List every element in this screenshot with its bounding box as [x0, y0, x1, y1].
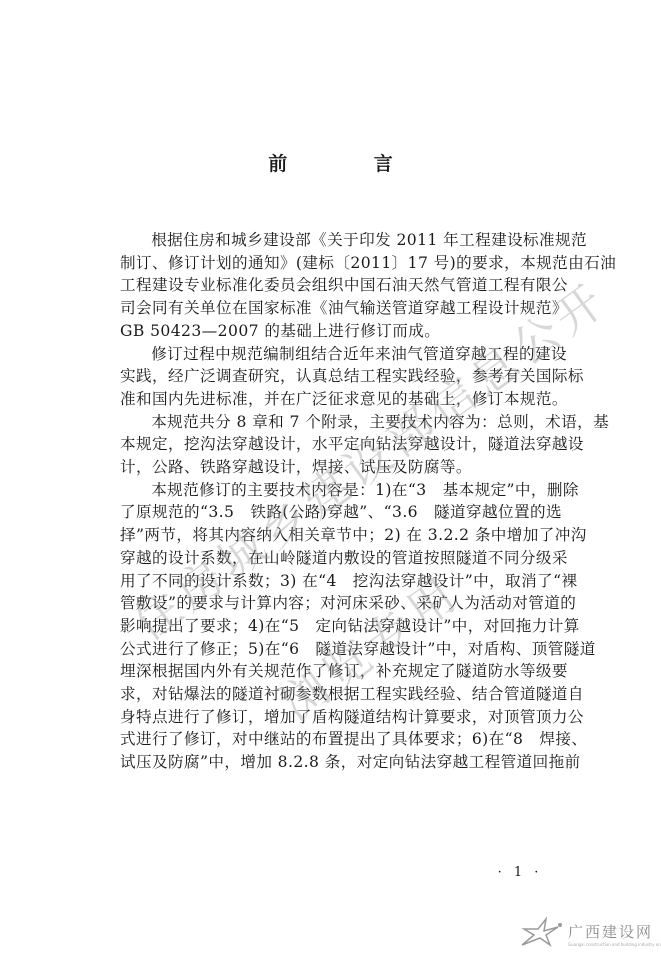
text-line: 了原规范的“3.5 铁路(公路)穿越”、“3.6 隧道穿越位置的选	[120, 501, 544, 524]
text-line: 本规范共分 8 章和 7 个附录，主要技术内容为：总则，术语，基	[120, 411, 544, 434]
page-title: 前 言	[0, 149, 661, 176]
page-number: · 1 ·	[490, 865, 550, 880]
text-line: 本规定，挖沟法穿越设计，水平定向钻法穿越设计，隧道法穿越设	[120, 433, 544, 456]
logo-subtitle: Guangxi construction and building indust…	[568, 942, 661, 947]
text-line: 工程建设专业标准化委员会组织中国石油天然气管道工程有限公	[120, 274, 544, 297]
text-line: 影响提出了要求；4)在“5 定向钻法穿越设计”中，对回拖力计算	[120, 615, 544, 638]
paragraph-1: 根据住房和城乡建设部《关于印发 2011 年工程建设标准规范 制订、修订计划的通…	[120, 229, 544, 343]
text-line: 择”两节，将其内容纳入相关章节中；2) 在 3.2.2 条中增加了冲沟	[120, 524, 544, 547]
text-line: GB 50423—2007 的基础上进行修订而成。	[120, 320, 544, 343]
text-line: 根据住房和城乡建设部《关于印发 2011 年工程建设标准规范	[120, 229, 544, 252]
text-line: 修订过程中规范编制组结合近年来油气管道穿越工程的建设	[120, 343, 544, 366]
text-line: 本规范修订的主要技术内容是：1)在“3 基本规定”中，删除	[120, 479, 544, 502]
text-line: 求，对钻爆法的隧道衬砌参数根据工程实践经验、结合管道隧道自	[120, 683, 544, 706]
site-logo: 广西建设网 Guangxi construction and building …	[520, 915, 660, 955]
text-line: 试压及防腐”中，增加 8.2.8 条，对定向钻法穿越工程管道回拖前	[120, 751, 544, 774]
text-line: 计，公路、铁路穿越设计，焊接、试压及防腐等。	[120, 456, 544, 479]
text-line: 埋深根据国内外有关规范作了修订，补充规定了隧道防水等级要	[120, 660, 544, 683]
text-line: 式进行了修订，对中继站的布置提出了具体要求；6)在“8 焊接、	[120, 728, 544, 751]
text-line: 实践，经广泛调查研究，认真总结工程实践经验，参考有关国际标	[120, 365, 544, 388]
body-text: 根据住房和城乡建设部《关于印发 2011 年工程建设标准规范 制订、修订计划的通…	[120, 229, 544, 774]
text-line: 身特点进行了修订，增加了盾构隧道结构计算要求，对顶管顶力公	[120, 706, 544, 729]
text-line: 管敷设”的要求与计算内容；对河床采砂、采矿人为活动对管道的	[120, 592, 544, 615]
text-line: 公式进行了修正；5)在“6 隧道法穿越设计”中，对盾构、顶管隧道	[120, 638, 544, 661]
star-logo-icon	[520, 917, 564, 947]
logo-name: 广西建设网	[568, 921, 653, 942]
text-line: 制订、修订计划的通知》(建标〔2011〕17 号)的要求，本规范由石油	[120, 252, 544, 275]
paragraph-4: 本规范修订的主要技术内容是：1)在“3 基本规定”中，删除 了原规范的“3.5 …	[120, 479, 544, 774]
text-line: 穿越的设计系数，在山岭隧道内敷设的管道按照隧道不同分级采	[120, 547, 544, 570]
paragraph-3: 本规范共分 8 章和 7 个附录，主要技术内容为：总则，术语，基 本规定，挖沟法…	[120, 411, 544, 479]
paragraph-2: 修订过程中规范编制组结合近年来油气管道穿越工程的建设 实践，经广泛调查研究，认真…	[120, 343, 544, 411]
text-line: 准和国内先进标准，并在广泛征求意见的基础上，修订本规范。	[120, 388, 544, 411]
text-line: 司会同有关单位在国家标准《油气输送管道穿越工程设计规范》	[120, 297, 544, 320]
text-line: 用了不同的设计系数；3) 在“4 挖沟法穿越设计”中，取消了“裸	[120, 570, 544, 593]
